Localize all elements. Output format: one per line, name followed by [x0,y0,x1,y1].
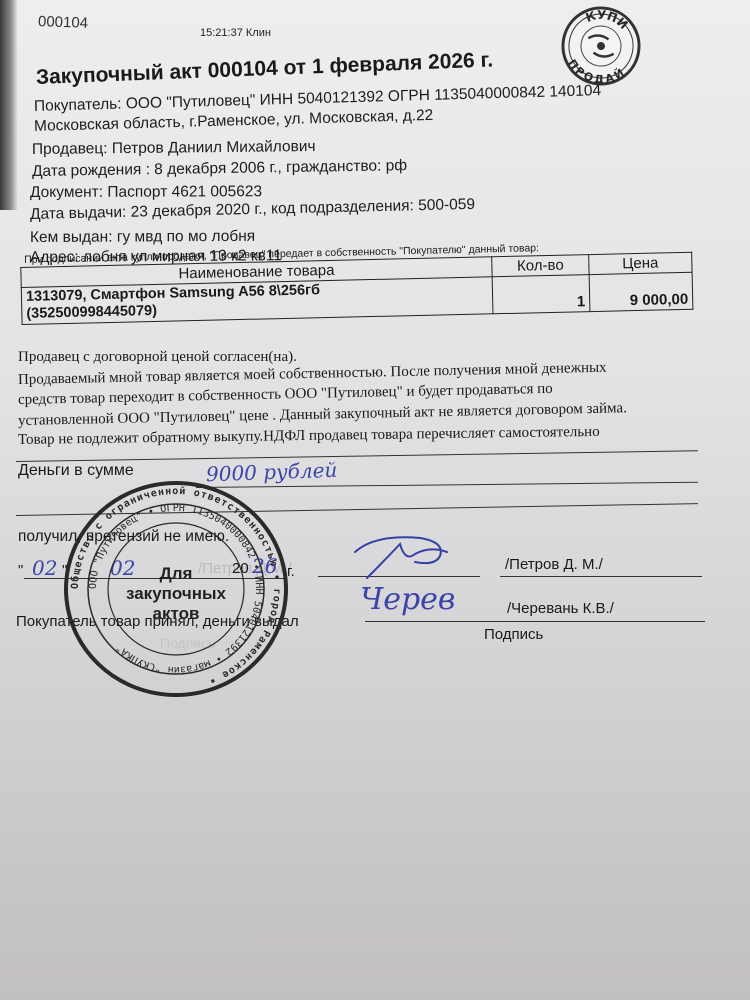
goods-qty: 1 [492,275,590,314]
stamp-center-line-1: Для [60,564,292,584]
handwritten-day: 02 [32,556,57,580]
seller-signature [345,532,465,589]
col-header-qty: Кол-во [492,255,589,277]
seller-birth: Дата рождения : 8 декабря 2006 г., гражд… [32,157,407,181]
buyer-signature: Черев [360,582,455,617]
seller-printed-name: /Петров Д. М./ [505,556,603,573]
act-title: Закупочный акт 000104 от 1 февраля 2026 … [36,48,494,90]
kupi-prodai-logo: КУПИ ПРОДАЙ [552,0,649,95]
purchase-act-document: 000104 15:21:37 Клин КУПИ ПРОДАЙ Закупоч [0,0,750,1000]
sign-caption: Подпись [484,626,543,643]
seller-issued-by: Кем выдан: гу мвд по мо лобня [30,228,255,247]
buyer-signature-line [365,621,705,622]
stamp-center-line-3: актов [60,604,292,624]
goods-section: При подписании акта купли-продажи, "Прод… [20,239,701,325]
date-open-quote: " [18,562,23,579]
col-header-price: Цена [589,252,692,274]
blank-line-1 [16,450,698,462]
seller-name: Продавец: Петров Даниил Михайлович [32,138,316,159]
print-time-place: 15:21:37 Клин [200,27,271,39]
goods-price: 9 000,00 [589,272,693,311]
document-number: 000104 [38,13,89,32]
seller-name-line [500,576,702,577]
buyer-printed-name: /Черевань К.В./ [507,600,614,617]
company-stamp: Общество с ограниченной ответственностью… [60,478,292,700]
price-agreement: Продавец с договорной ценой согласен(на)… [18,349,297,366]
stamp-center-line-2: закупочных [60,584,292,604]
seller-document: Документ: Паспорт 4621 005623 [30,183,262,202]
